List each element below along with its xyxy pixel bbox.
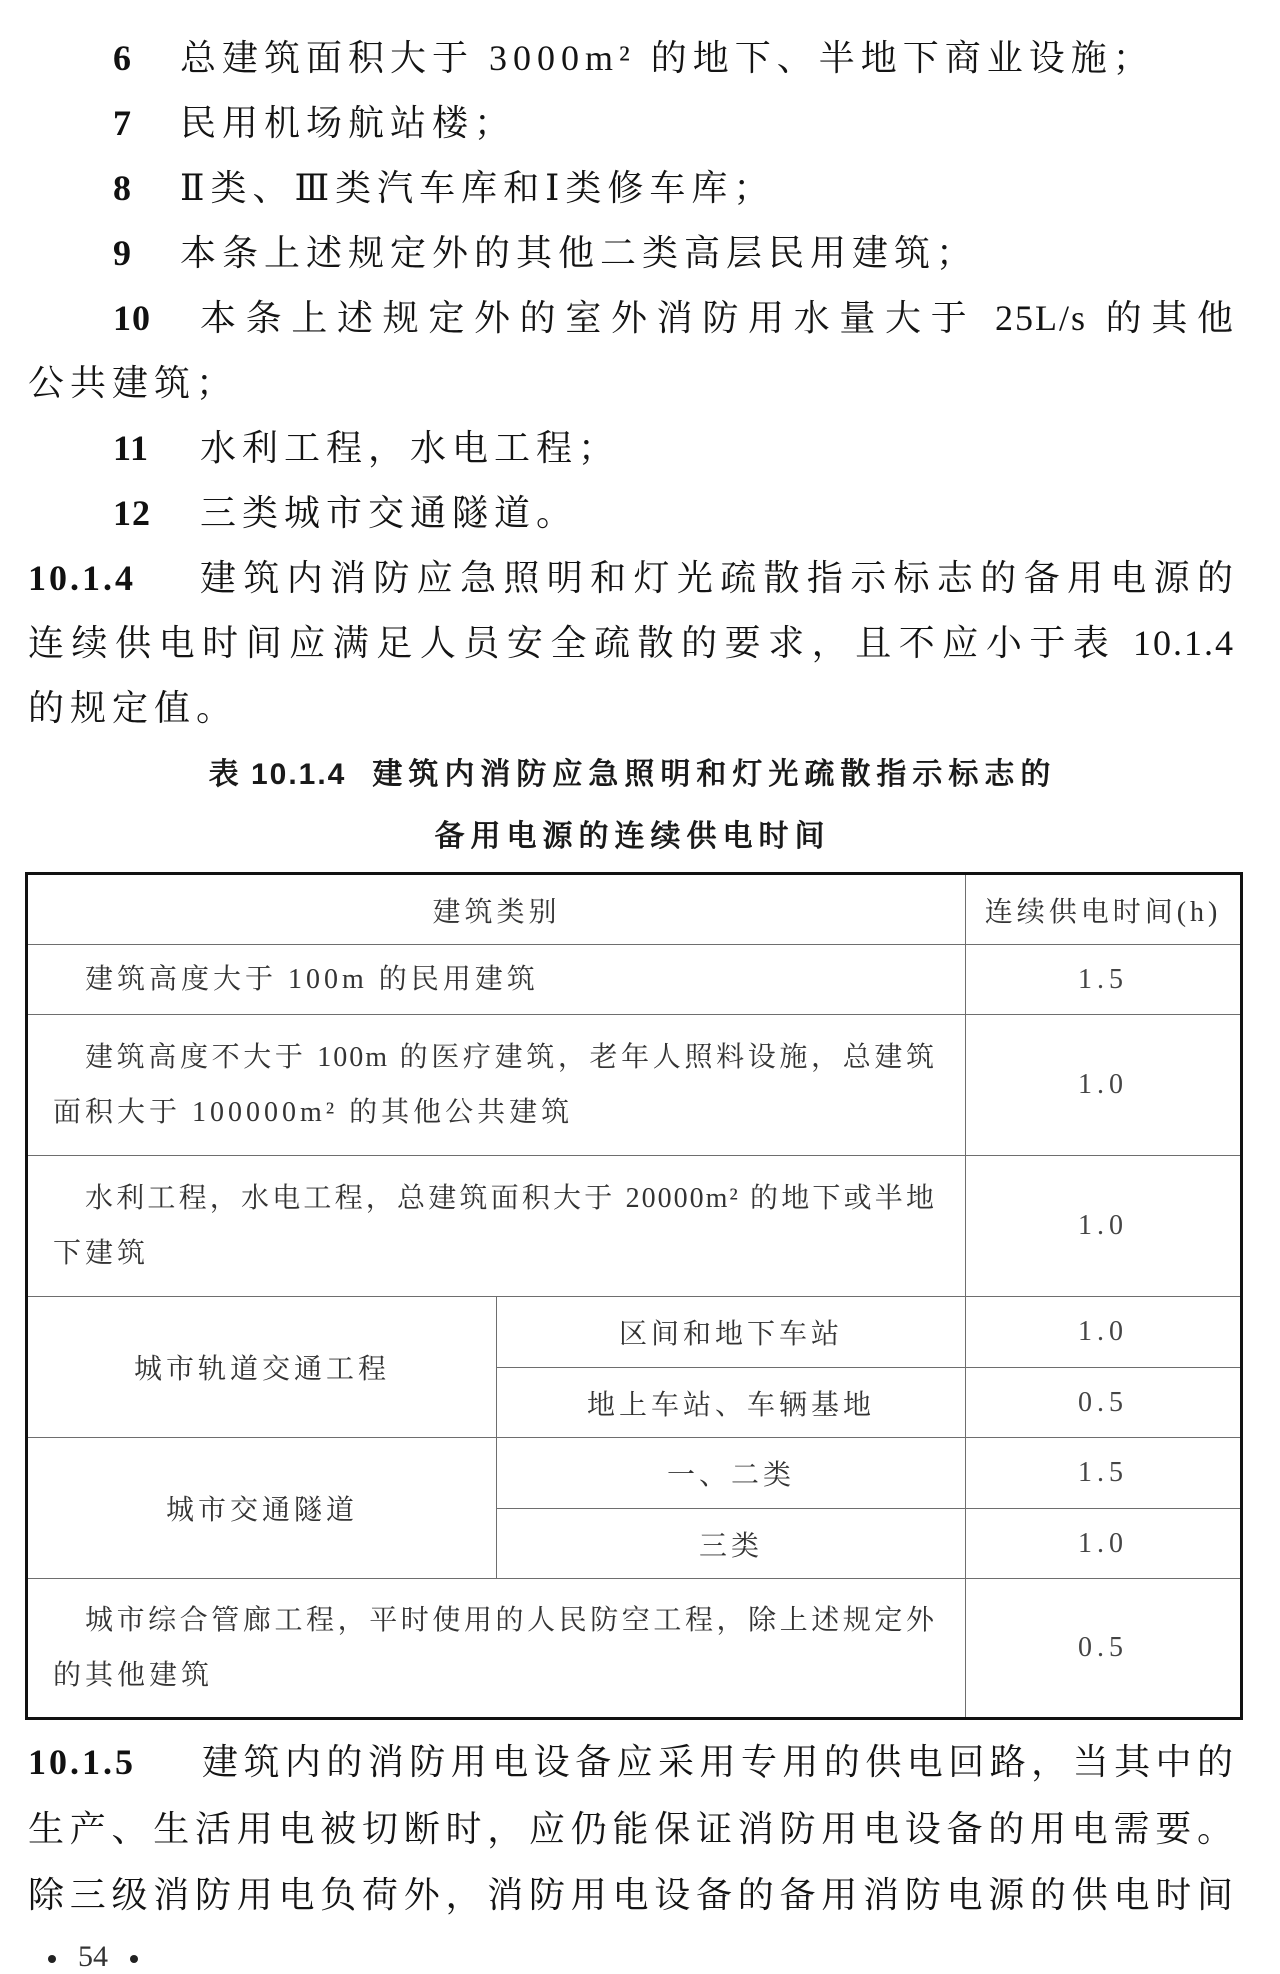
clause-text: 的规定值。 — [28, 683, 238, 733]
list-item-10: 10 本条上述规定外的室外消防用水量大于 25L/s 的其他 — [0, 293, 1280, 343]
table-row: 水利工程，水电工程，总建筑面积大于 20000m² 的地下或半地 下建筑 1.0 — [27, 1156, 1242, 1297]
item-text: 公共建筑； — [28, 358, 238, 408]
item-text: 总建筑面积大于 3000m² 的地下、半地下商业设施； — [180, 33, 1155, 83]
category-line: 下建筑 — [53, 1226, 936, 1281]
list-item-11: 11 水利工程，水电工程； — [0, 423, 1280, 473]
table-title-line-2: 备用电源的连续供电时间 — [435, 820, 831, 853]
list-item-10-continuation: 公共建筑； — [0, 358, 1280, 408]
table-row: 城市轨道交通工程 区间和地下车站 1.0 — [27, 1297, 1242, 1368]
duration-cell: 1.0 — [966, 1156, 1242, 1297]
item-text: Ⅱ类、Ⅲ类汽车库和Ⅰ类修车库； — [180, 163, 775, 213]
list-item-8: 8 Ⅱ类、Ⅲ类汽车库和Ⅰ类修车库； — [0, 163, 1280, 213]
subcategory-cell: 一、二类 — [497, 1438, 966, 1509]
duration-cell: 0.5 — [966, 1579, 1242, 1719]
category-line: 水利工程，水电工程，总建筑面积大于 20000m² 的地下或半地 — [53, 1171, 936, 1226]
table-header-row: 建筑类别 连续供电时间(h) — [27, 874, 1242, 945]
list-item-12: 12 三类城市交通隧道。 — [0, 488, 1280, 538]
list-item-9: 9 本条上述规定外的其他二类高层民用建筑； — [0, 228, 1280, 278]
table-row: 建筑高度不大于 100m 的医疗建筑，老年人照料设施，总建筑 面积大于 1000… — [27, 1015, 1242, 1156]
clause-number: 10.1.4 — [28, 553, 136, 603]
clause-text: 除三级消防用电负荷外，消防用电设备的备用消防电源的供电时间 — [28, 1870, 1235, 1920]
clause-number: 10.1.5 — [28, 1737, 136, 1787]
table-row: 城市综合管廊工程，平时使用的人民防空工程，除上述规定外 的其他建筑 0.5 — [27, 1579, 1242, 1719]
table-row: 城市交通隧道 一、二类 1.5 — [27, 1438, 1242, 1509]
list-item-6: 6 总建筑面积大于 3000m² 的地下、半地下商业设施； — [0, 33, 1280, 83]
header-building-category: 建筑类别 — [27, 874, 966, 945]
list-item-7: 7 民用机场航站楼； — [0, 98, 1280, 148]
item-text: 本条上述规定外的室外消防用水量大于 25L/s 的其他 — [200, 293, 1235, 343]
page-footer: 54 — [48, 1937, 138, 1974]
table-caption: 表 10.1.4建筑内消防应急照明和灯光疏散指示标志的 — [25, 755, 1240, 795]
table-number: 表 10.1.4 — [209, 758, 347, 791]
item-number: 10 — [113, 293, 151, 343]
category-line: 建筑高度大于 100m 的民用建筑 — [53, 952, 936, 1007]
duration-cell: 1.0 — [966, 1015, 1242, 1156]
category-line: 城市综合管廊工程，平时使用的人民防空工程，除上述规定外 — [53, 1593, 936, 1648]
clause-10-1-5: 10.1.5 建筑内的消防用电设备应采用专用的供电回路，当其中的 — [0, 1737, 1280, 1787]
subcategory-cell: 地上车站、车辆基地 — [497, 1368, 966, 1438]
duration-cell: 1.0 — [966, 1297, 1242, 1368]
clause-10-1-4: 10.1.4 建筑内消防应急照明和灯光疏散指示标志的备用电源的 — [0, 553, 1280, 603]
clause-10-1-4-line-2: 连续供电时间应满足人员安全疏散的要求，且不应小于表 10.1.4 — [0, 618, 1280, 668]
item-number: 11 — [113, 423, 149, 473]
document-page: 6 总建筑面积大于 3000m² 的地下、半地下商业设施； 7 民用机场航站楼；… — [0, 0, 1280, 1974]
category-cell: 水利工程，水电工程，总建筑面积大于 20000m² 的地下或半地 下建筑 — [27, 1156, 966, 1297]
category-line: 的其他建筑 — [53, 1648, 936, 1703]
bullet-icon — [130, 1955, 138, 1963]
category-line: 面积大于 100000m² 的其他公共建筑 — [53, 1085, 936, 1140]
power-duration-table: 建筑类别 连续供电时间(h) 建筑高度大于 100m 的民用建筑 1.5 建筑高… — [25, 872, 1243, 1720]
clause-10-1-4-line-3: 的规定值。 — [0, 683, 1280, 733]
item-text: 水利工程，水电工程； — [200, 423, 620, 473]
item-number: 8 — [113, 163, 132, 213]
item-text: 民用机场航站楼； — [180, 98, 516, 148]
table-title-line-1: 建筑内消防应急照明和灯光疏散指示标志的 — [372, 758, 1056, 791]
page-number: 54 — [78, 1940, 108, 1973]
item-number: 7 — [113, 98, 132, 148]
item-number: 9 — [113, 228, 132, 278]
table-caption-line-2: 备用电源的连续供电时间 — [25, 817, 1240, 857]
group-cell: 城市交通隧道 — [27, 1438, 497, 1579]
category-cell: 建筑高度大于 100m 的民用建筑 — [27, 945, 966, 1015]
subcategory-cell: 三类 — [497, 1509, 966, 1579]
table-row: 建筑高度大于 100m 的民用建筑 1.5 — [27, 945, 1242, 1015]
item-text: 三类城市交通隧道。 — [200, 488, 578, 538]
duration-cell: 0.5 — [966, 1368, 1242, 1438]
clause-text: 生产、生活用电被切断时，应仍能保证消防用电设备的用电需要。 — [28, 1804, 1235, 1854]
clause-text: 建筑内消防应急照明和灯光疏散指示标志的备用电源的 — [200, 553, 1235, 603]
duration-cell: 1.0 — [966, 1509, 1242, 1579]
category-cell: 城市综合管廊工程，平时使用的人民防空工程，除上述规定外 的其他建筑 — [27, 1579, 966, 1719]
clause-text: 建筑内的消防用电设备应采用专用的供电回路，当其中的 — [202, 1737, 1235, 1787]
item-number: 12 — [113, 488, 151, 538]
category-cell: 建筑高度不大于 100m 的医疗建筑，老年人照料设施，总建筑 面积大于 1000… — [27, 1015, 966, 1156]
item-number: 6 — [113, 33, 132, 83]
subcategory-cell: 区间和地下车站 — [497, 1297, 966, 1368]
duration-cell: 1.5 — [966, 945, 1242, 1015]
bullet-icon — [48, 1955, 56, 1963]
duration-cell: 1.5 — [966, 1438, 1242, 1509]
clause-10-1-5-line-2: 生产、生活用电被切断时，应仍能保证消防用电设备的用电需要。 — [0, 1804, 1280, 1854]
header-duration: 连续供电时间(h) — [966, 874, 1242, 945]
group-cell: 城市轨道交通工程 — [27, 1297, 497, 1438]
category-line: 建筑高度不大于 100m 的医疗建筑，老年人照料设施，总建筑 — [53, 1030, 936, 1085]
clause-text: 连续供电时间应满足人员安全疏散的要求，且不应小于表 10.1.4 — [28, 618, 1235, 668]
clause-10-1-5-line-3: 除三级消防用电负荷外，消防用电设备的备用消防电源的供电时间 — [0, 1870, 1280, 1920]
item-text: 本条上述规定外的其他二类高层民用建筑； — [180, 228, 978, 278]
